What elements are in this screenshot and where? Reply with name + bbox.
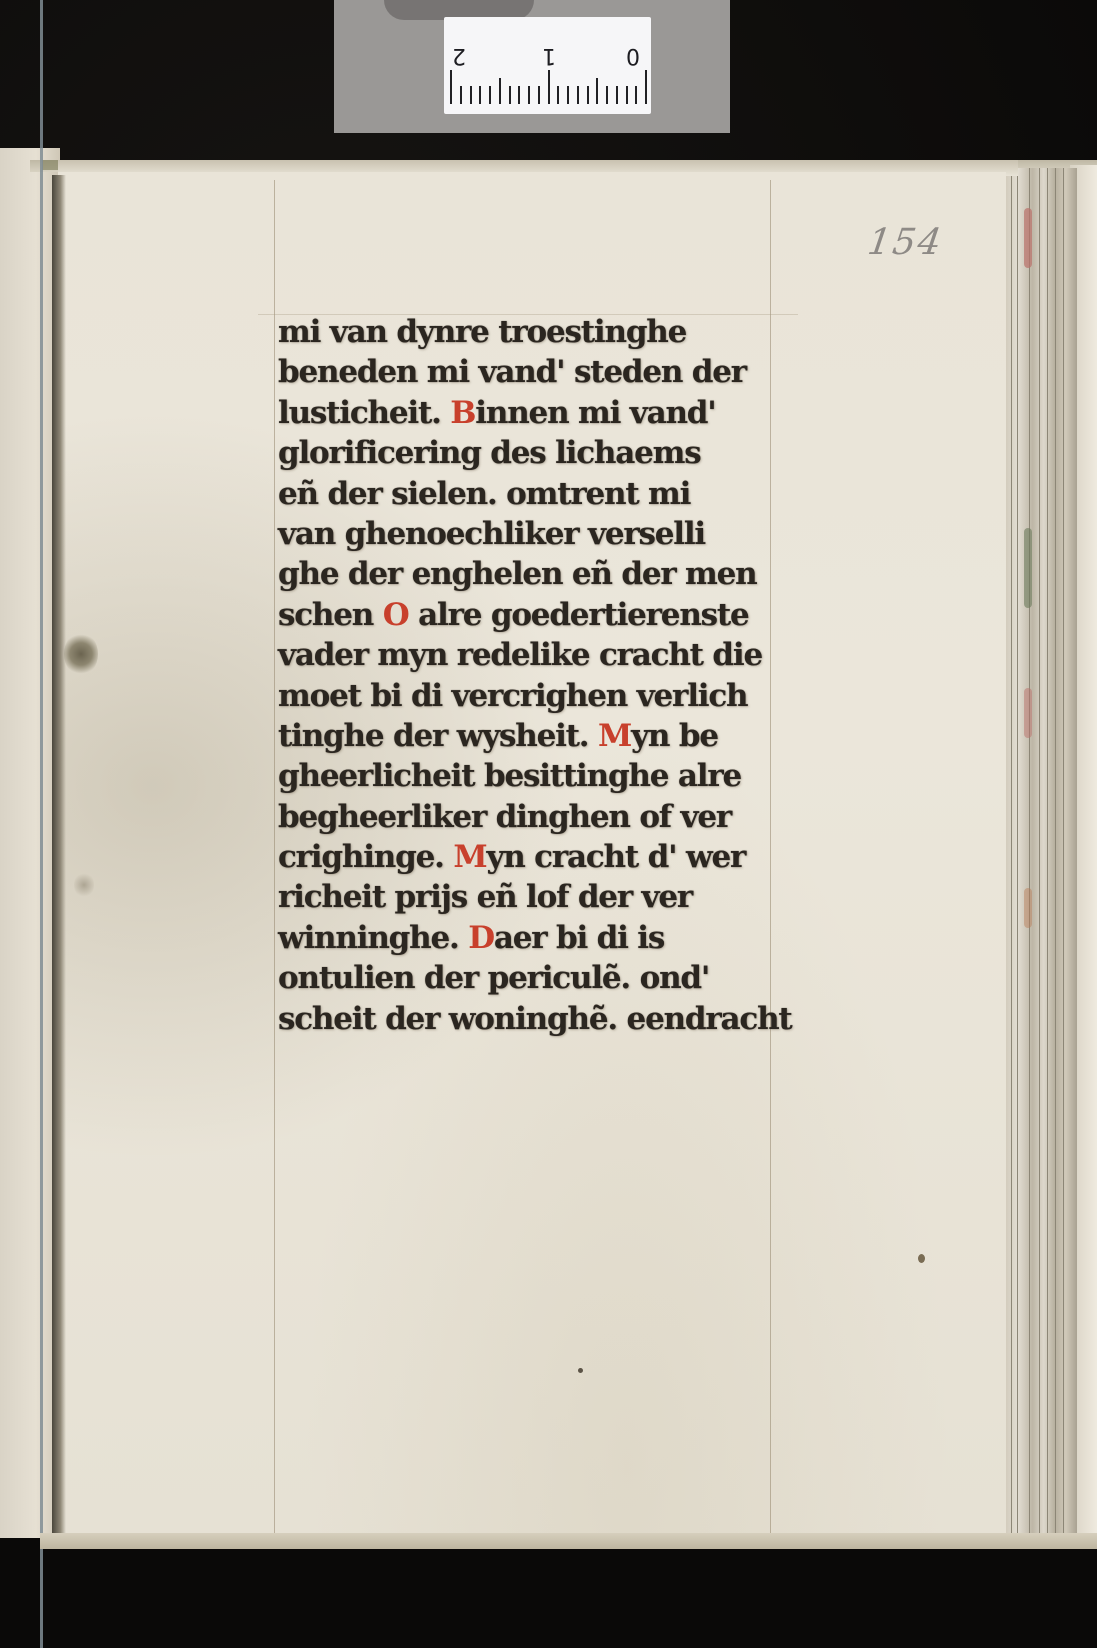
ruler-label-1: 1 bbox=[542, 43, 556, 68]
text-segment: vader myn redelike cracht die bbox=[278, 637, 762, 673]
text-line: lusticheit. Binnen mi vand' bbox=[278, 393, 838, 433]
text-segment: tinghe der wysheit. bbox=[278, 718, 598, 754]
text-segment: glorificering des lichaems bbox=[278, 435, 701, 471]
ruler-tick bbox=[557, 86, 559, 104]
text-segment: yn cracht d' wer bbox=[486, 839, 745, 875]
text-line: vader myn redelike cracht die bbox=[278, 635, 838, 675]
ruler-tick bbox=[499, 78, 501, 104]
rubricated-initial: D bbox=[468, 920, 494, 956]
ruler-tick bbox=[460, 86, 462, 104]
ruler-tick bbox=[509, 86, 511, 104]
ruler-tick bbox=[587, 86, 589, 104]
text-line: scheit der woninghẽ. eendracht bbox=[278, 999, 838, 1039]
manuscript-text-block: mi van dynre troestinghebeneden mi vand'… bbox=[278, 312, 838, 1039]
ruler-tick bbox=[450, 70, 452, 104]
ruler-tick bbox=[567, 86, 569, 104]
speck bbox=[918, 1254, 925, 1263]
ruler-tick bbox=[626, 86, 628, 104]
text-segment: ontulien der periculẽ. ond' bbox=[278, 960, 709, 996]
text-segment: mi van dynre troestinghe bbox=[278, 314, 686, 350]
text-line: begheerliker dinghen of ver bbox=[278, 797, 838, 837]
text-segment: eñ der sielen. omtrent mi bbox=[278, 476, 690, 512]
text-line: gheerlicheit besittinghe alre bbox=[278, 756, 838, 796]
ruler-ticks bbox=[450, 70, 645, 104]
text-segment: ghe der enghelen eñ der men bbox=[278, 556, 757, 592]
ruler-tick bbox=[616, 86, 618, 104]
text-segment: schen bbox=[278, 597, 383, 633]
ruler-label-2: 2 bbox=[452, 43, 466, 68]
ruler-tick bbox=[470, 86, 472, 104]
text-segment: alre goedertierenste bbox=[409, 597, 749, 633]
text-segment: lusticheit. bbox=[278, 395, 450, 431]
text-segment: winninghe. bbox=[278, 920, 468, 956]
text-line: schen O alre goedertierenste bbox=[278, 595, 838, 635]
ruler-tick bbox=[635, 86, 637, 104]
text-line: winninghe. Daer bi di is bbox=[278, 918, 838, 958]
page-bottom-edge bbox=[40, 1533, 1097, 1549]
ruler-tick bbox=[645, 70, 647, 104]
text-line: van ghenoechliker verselli bbox=[278, 514, 838, 554]
ruler-tick bbox=[606, 86, 608, 104]
stain-left-margin-2 bbox=[74, 872, 94, 898]
ruler-label-0: 0 bbox=[626, 43, 640, 68]
text-segment: aer bi di is bbox=[494, 920, 664, 956]
facing-page-edge bbox=[0, 148, 60, 1538]
fore-edge-page-stack bbox=[1003, 168, 1077, 1538]
gutter-shadow bbox=[52, 175, 66, 1535]
text-segment: crighinge. bbox=[278, 839, 453, 875]
text-segment: scheit der woninghẽ. eendracht bbox=[278, 1001, 792, 1037]
ruler-tick bbox=[577, 86, 579, 104]
glass-plate-edge bbox=[40, 0, 43, 1648]
ruler-tick bbox=[518, 86, 520, 104]
text-segment: richeit prijs eñ lof der ver bbox=[278, 879, 692, 915]
rubricated-initial: M bbox=[598, 718, 631, 754]
rubricated-initial: B bbox=[450, 395, 475, 431]
ruler-tick bbox=[538, 86, 540, 104]
stain-left-margin bbox=[64, 632, 98, 676]
text-line: beneden mi vand' steden der bbox=[278, 352, 838, 392]
text-segment: begheerliker dinghen of ver bbox=[278, 799, 731, 835]
text-line: eñ der sielen. omtrent mi bbox=[278, 474, 838, 514]
rubricated-initial: M bbox=[453, 839, 486, 875]
text-line: ontulien der periculẽ. ond' bbox=[278, 958, 838, 998]
text-line: moet bi di vercrighen verlich bbox=[278, 676, 838, 716]
rubricated-initial: O bbox=[383, 597, 409, 633]
folio-number: 154 bbox=[865, 222, 945, 263]
text-segment: van ghenoechliker verselli bbox=[278, 516, 705, 552]
text-line: richeit prijs eñ lof der ver bbox=[278, 877, 838, 917]
ruler-tick bbox=[479, 86, 481, 104]
text-segment: innen mi vand' bbox=[475, 395, 715, 431]
text-segment: gheerlicheit besittinghe alre bbox=[278, 758, 741, 794]
text-line: mi van dynre troestinghe bbox=[278, 312, 838, 352]
text-segment: beneden mi vand' steden der bbox=[278, 354, 746, 390]
text-line: glorificering des lichaems bbox=[278, 433, 838, 473]
ruler-tick bbox=[489, 86, 491, 104]
text-line: tinghe der wysheit. Myn be bbox=[278, 716, 838, 756]
text-segment: moet bi di vercrighen verlich bbox=[278, 678, 747, 714]
ruler-tick bbox=[548, 70, 550, 104]
ruling-line-left bbox=[274, 180, 275, 1536]
text-segment: yn be bbox=[631, 718, 718, 754]
scale-ruler: 2 1 0 bbox=[444, 17, 651, 114]
text-line: crighinge. Myn cracht d' wer bbox=[278, 837, 838, 877]
speck bbox=[578, 1368, 583, 1373]
text-line: ghe der enghelen eñ der men bbox=[278, 554, 838, 594]
ruler-tick bbox=[596, 78, 598, 104]
ruler-tick bbox=[528, 86, 530, 104]
